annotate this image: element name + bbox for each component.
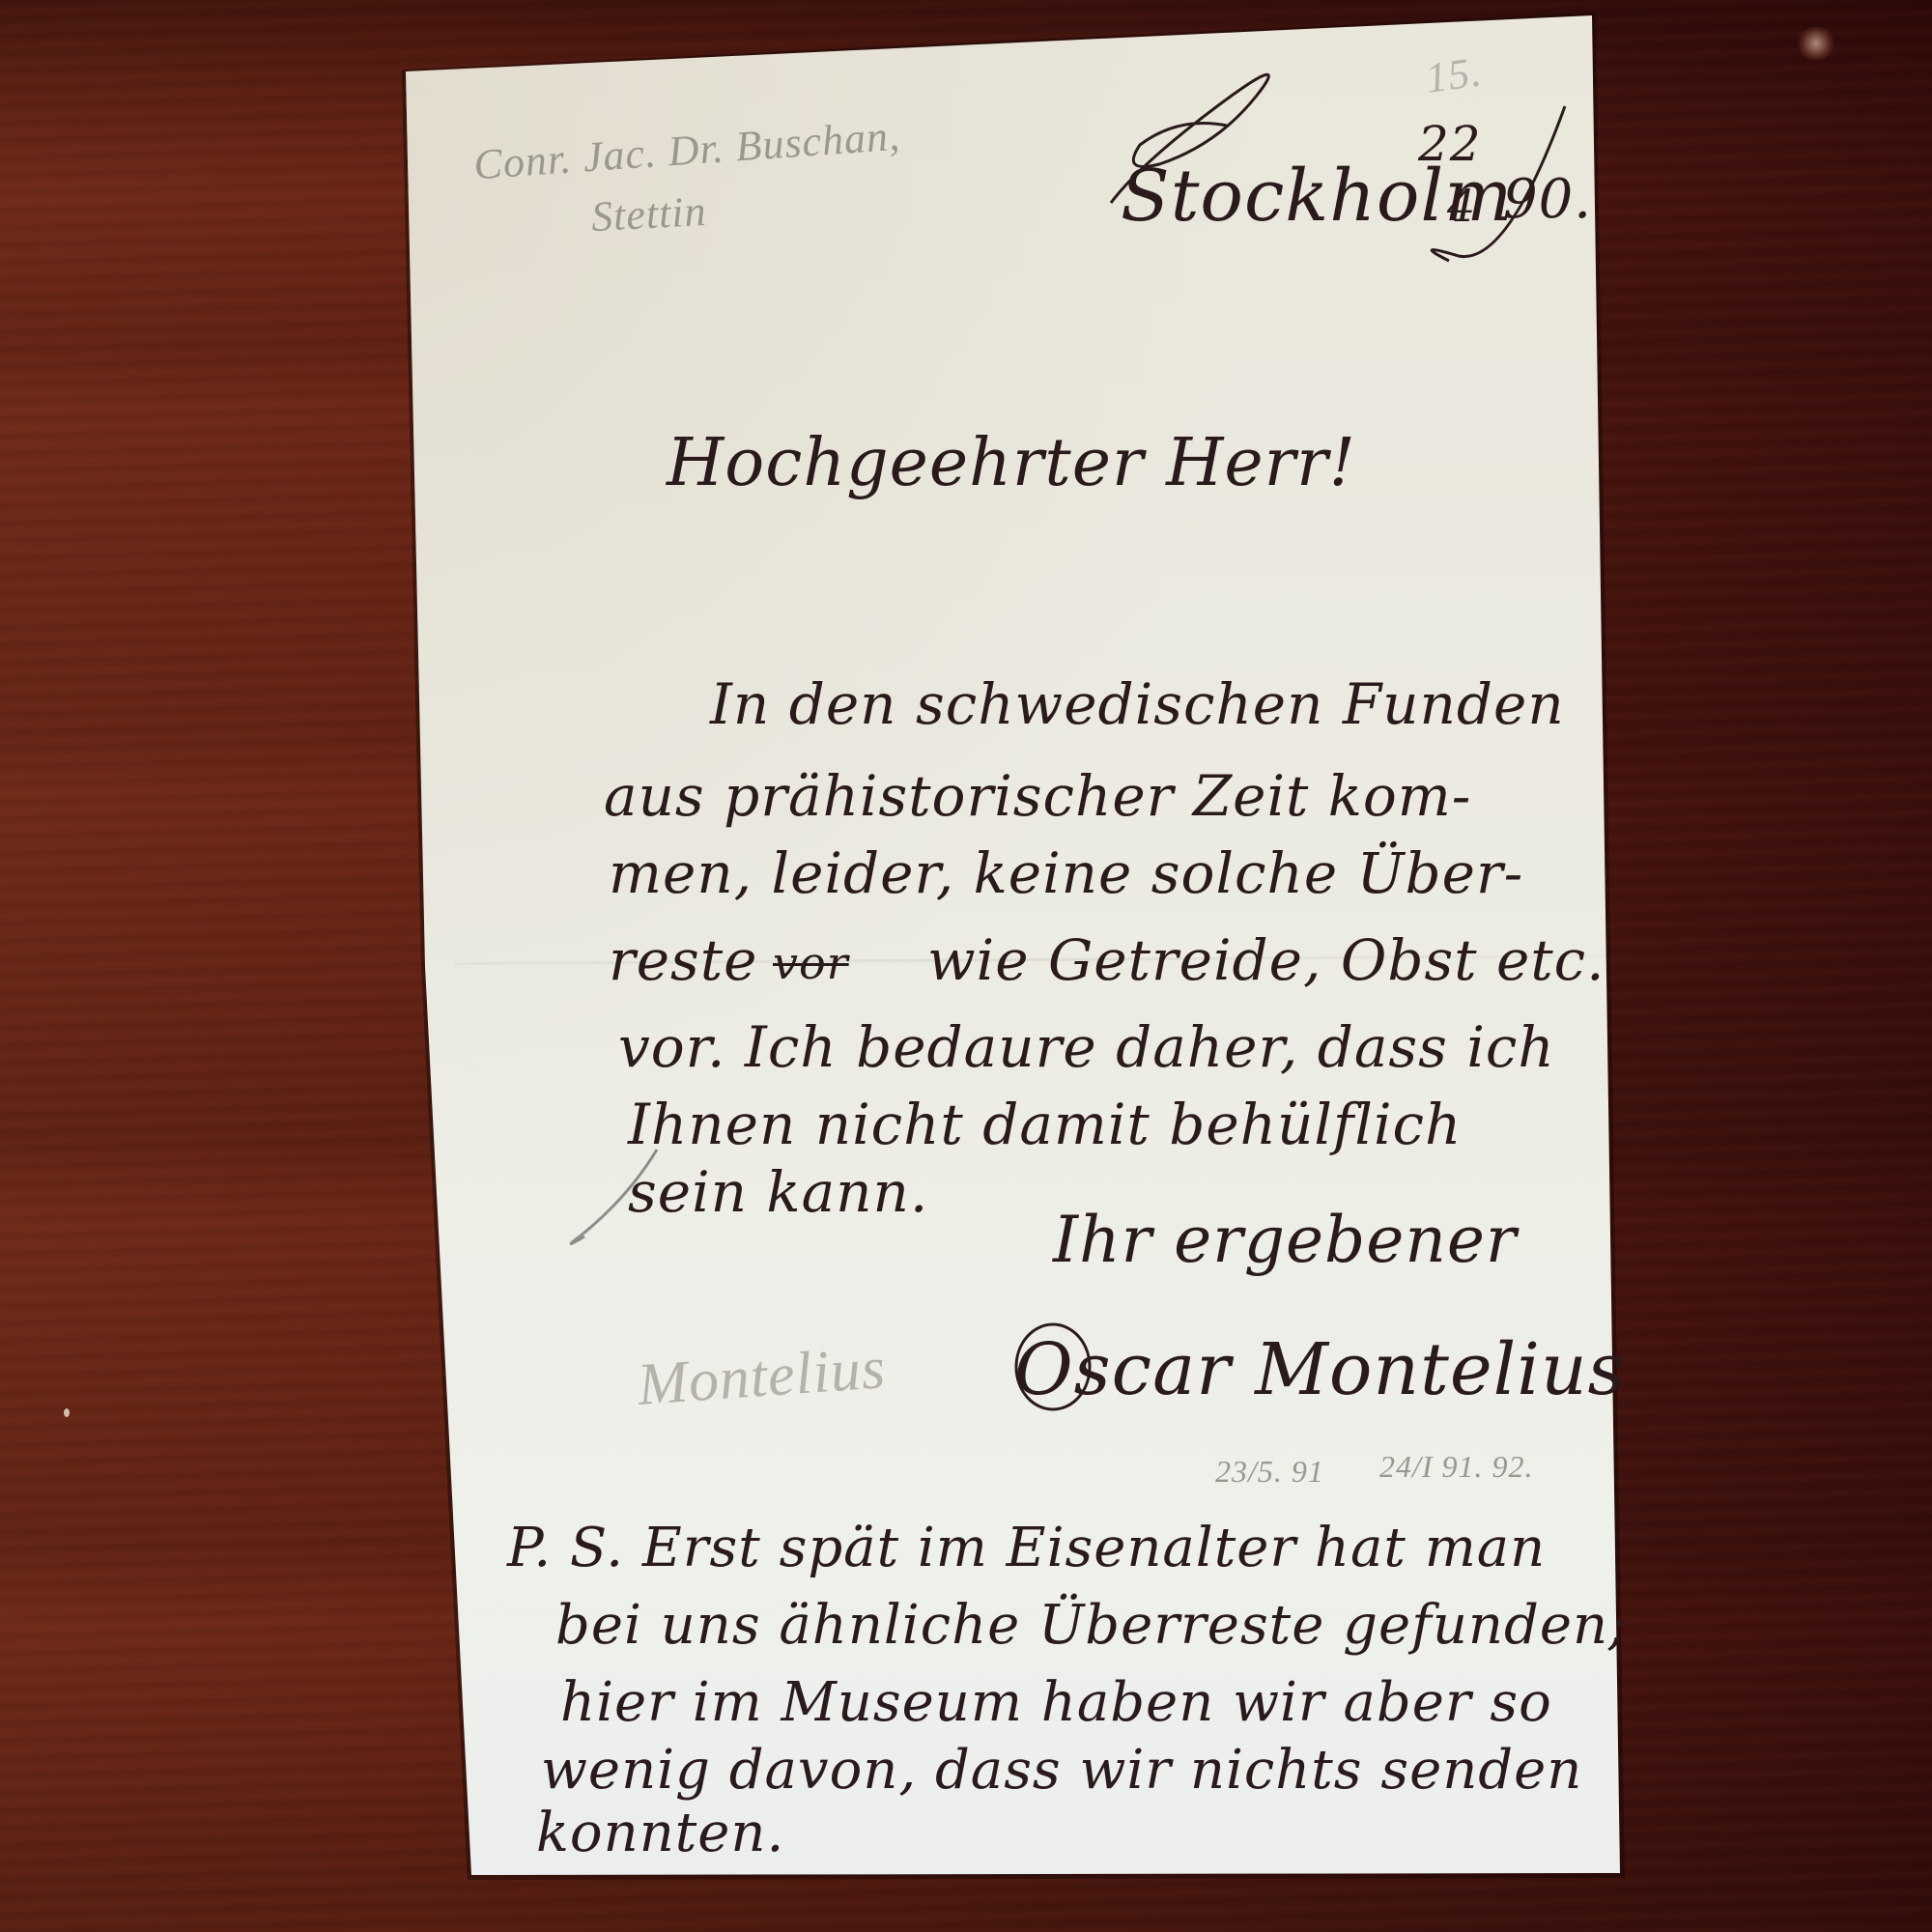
postscript-line-1: P. S. Erst spät im Eisenalter hat man bbox=[507, 1517, 1546, 1579]
postscript-line-3: hier im Museum haben wir aber so bbox=[560, 1671, 1552, 1734]
date-month: 4 bbox=[1447, 180, 1476, 232]
pencil-reference-note-2: 24/I 91. 92. bbox=[1379, 1449, 1534, 1485]
light-glare bbox=[1797, 27, 1835, 60]
postscript-line-2: bei uns ähnliche Überreste gefunden; bbox=[555, 1594, 1628, 1657]
body-line-4-end: wie Getreide, Obst etc. bbox=[927, 927, 1605, 993]
body-line-3: men, leider, keine solche Über- bbox=[609, 840, 1523, 906]
signature: Oscar Montelius bbox=[1014, 1328, 1626, 1411]
body-line-4-start: reste bbox=[609, 927, 757, 993]
date-year: 90. bbox=[1503, 168, 1592, 231]
pencil-reference-note-1: 23/5. 91 bbox=[1215, 1454, 1324, 1490]
body-line-2: aus prähistorischer Zeit kom- bbox=[604, 763, 1471, 829]
closing: Ihr ergebener bbox=[1053, 1203, 1517, 1277]
body-line-7: sein kann. bbox=[628, 1159, 928, 1225]
pencil-annotation-line2: Stettin bbox=[590, 186, 708, 241]
body-line-5: vor. Ich bedaure daher, dass ich bbox=[618, 1014, 1555, 1080]
date-day: 22 bbox=[1418, 116, 1482, 172]
body-line-6: Ihnen nicht damit behülflich bbox=[628, 1092, 1462, 1157]
body-line-1: In den schwedischen Funden bbox=[710, 671, 1565, 737]
body-line-4-struck-word: vor bbox=[773, 937, 849, 989]
salutation: Hochgeehrter Herr! bbox=[667, 425, 1356, 501]
postscript-line-4: wenig davon, dass wir nichts senden bbox=[541, 1739, 1582, 1802]
postscript-line-5: konnten. bbox=[536, 1802, 784, 1864]
dust-speck bbox=[64, 1408, 70, 1417]
archive-number: 15. bbox=[1423, 46, 1486, 103]
